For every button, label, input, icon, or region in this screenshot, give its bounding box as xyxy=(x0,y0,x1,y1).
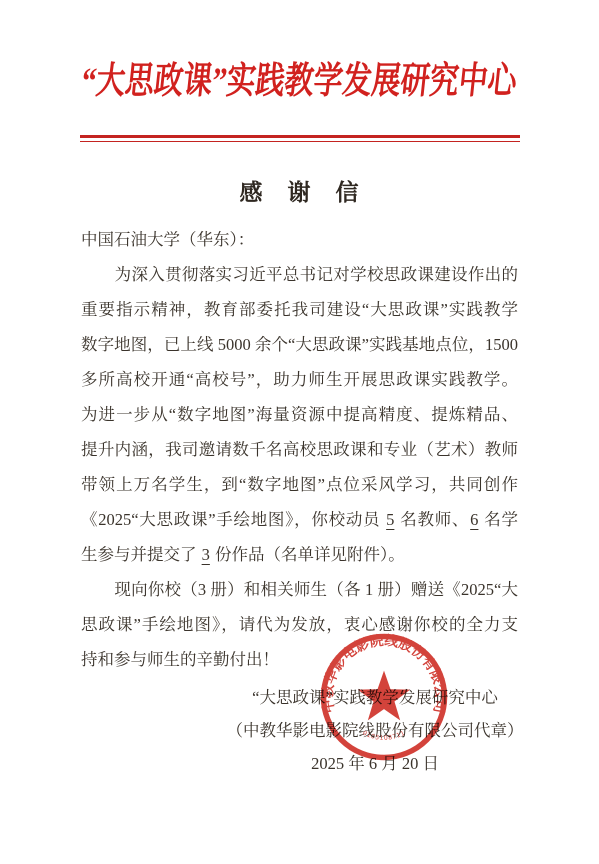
body-line: 《2025“大思政课”手绘地图》，你校动员 5 名教师、6 名学 xyxy=(81,502,518,537)
body-text: 多所高校开通“高校号”，助力师生开展思政课实践教学。 xyxy=(81,370,518,389)
body-text: 为进一步从“数字地图”海量资源中提高精度、提炼精品、 xyxy=(81,405,518,424)
letter-body: 中国石油大学（华东）： 为深入贯彻落实习近平总书记对学校思政课建设作出的重要指示… xyxy=(81,222,518,677)
signature-org: “大思政课”实践教学发展研究中心 xyxy=(150,681,599,714)
body-line: 思政课”手绘地图》，请代为发放，衷心感谢你校的全力支 xyxy=(81,607,518,642)
signature-block: “大思政课”实践教学发展研究中心 （中教华影电影院线股份有限公司代章） 2025… xyxy=(150,681,599,780)
body-text: 中国石油大学（华东）： xyxy=(81,230,254,249)
body-text: 持和参与师生的辛勤付出！ xyxy=(81,650,279,669)
body-text: 提升内涵，我司邀请数千名高校思政课和专业（艺术）教师 xyxy=(81,440,518,459)
body-line: 为深入贯彻落实习近平总书记对学校思政课建设作出的 xyxy=(81,257,518,292)
body-line: 持和参与师生的辛勤付出！ xyxy=(81,642,518,677)
body-line: 现向你校（3 册）和相关师生（各 1 册）赠送《2025“大 xyxy=(81,572,518,607)
body-text: 生参与并提交了 xyxy=(81,545,201,564)
letter-page: “大思政课”实践教学发展研究中心 感 谢 信 中国石油大学（华东）： 为深入贯彻… xyxy=(0,0,599,864)
body-text: 重要指示精神，教育部委托我司建设“大思政课”实践教学 xyxy=(81,300,518,319)
body-text: 数字地图，已上线 5000 余个“大思政课”实践基地点位，1500 xyxy=(81,335,518,354)
underlined-number: 6 xyxy=(469,510,479,529)
body-text: 《2025“大思政课”手绘地图》，你校动员 xyxy=(81,510,385,529)
letterhead: “大思政课”实践教学发展研究中心 xyxy=(0,0,599,99)
signature-date: 2025 年 6 月 20 日 xyxy=(150,747,599,780)
body-text: 名教师、 xyxy=(395,510,469,529)
body-line: 数字地图，已上线 5000 余个“大思政课”实践基地点位，1500 xyxy=(81,327,518,362)
body-text: 现向你校（3 册）和相关师生（各 1 册）赠送《2025“大 xyxy=(81,580,518,599)
underlined-number: 5 xyxy=(385,510,395,529)
body-line: 提升内涵，我司邀请数千名高校思政课和专业（艺术）教师 xyxy=(81,432,518,467)
signature-company-note: （中教华影电影院线股份有限公司代章） xyxy=(150,714,599,747)
body-line: 生参与并提交了 3 份作品（名单详见附件）。 xyxy=(81,537,518,572)
body-line: 多所高校开通“高校号”，助力师生开展思政课实践教学。 xyxy=(81,362,518,397)
body-text: 思政课”手绘地图》，请代为发放，衷心感谢你校的全力支 xyxy=(81,615,518,634)
body-line: 中国石油大学（华东）： xyxy=(81,222,518,257)
letterhead-divider xyxy=(80,135,520,142)
body-line: 为进一步从“数字地图”海量资源中提高精度、提炼精品、 xyxy=(81,397,518,432)
letterhead-title: “大思政课”实践教学发展研究中心 xyxy=(79,52,520,104)
body-line: 带领上万名学生，到“数字地图”点位采风学习，共同创作 xyxy=(81,467,518,502)
body-text: 名学 xyxy=(479,510,518,529)
body-text: 份作品（名单详见附件）。 xyxy=(211,545,405,564)
body-line: 重要指示精神，教育部委托我司建设“大思政课”实践教学 xyxy=(81,292,518,327)
underlined-number: 3 xyxy=(201,545,211,564)
body-text: 为深入贯彻落实习近平总书记对学校思政课建设作出的 xyxy=(81,265,518,284)
letter-title: 感 谢 信 xyxy=(0,174,599,207)
body-text: 带领上万名学生，到“数字地图”点位采风学习，共同创作 xyxy=(81,475,518,494)
